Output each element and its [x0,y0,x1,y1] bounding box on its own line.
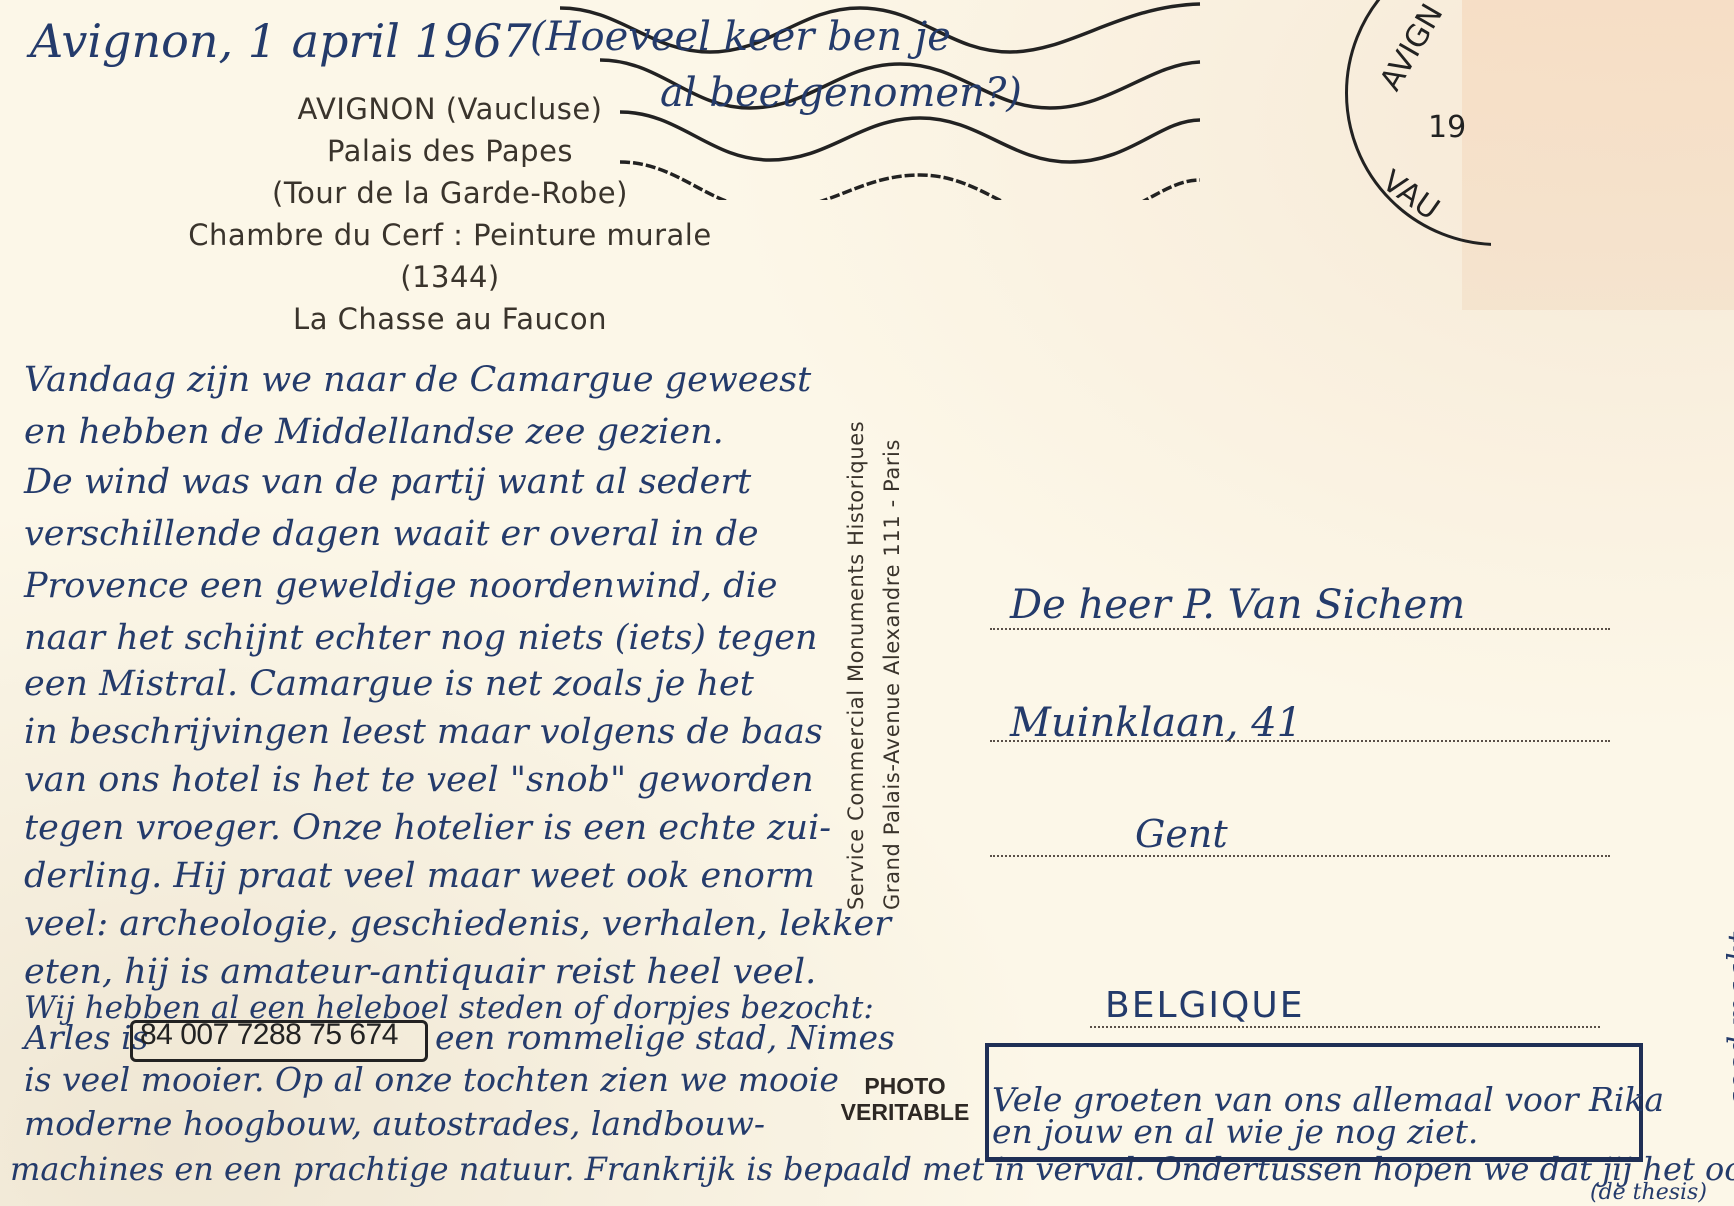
caption-line: (1344) [120,256,780,298]
caption-line: AVIGNON (Vaucluse) [120,88,780,130]
handwritten-aside-1: (Hoeveel keer ben je [530,14,951,60]
caption-line: La Chasse au Faucon [120,298,780,340]
address-country: BELGIQUE [1105,985,1304,1026]
address-name: De heer P. Van Sichem [1010,582,1465,628]
publisher-line-2: Grand Palais-Avenue Alexandre 111 - Pari… [874,421,910,910]
message-line: Vandaag zijn we naar de Camargue geweest [24,360,811,400]
message-line: De wind was van de partij want al sedert [24,462,751,502]
postcard-caption: AVIGNON (Vaucluse) Palais des Papes (Tou… [120,88,780,340]
address-line [990,628,1610,630]
bottom-note: (de thesis) [1590,1180,1707,1205]
caption-line: (Tour de la Garde-Robe) [120,172,780,214]
margin-note: goed maakt. [1722,922,1734,1110]
stamp-area [1462,0,1734,310]
address-line [1090,1026,1600,1028]
message-line: derling. Hij praat veel maar weet ook en… [24,856,815,896]
message-line: van ons hotel is het te veel "snob" gewo… [24,760,814,800]
message-line: is veel mooier. Op al onze tochten zien … [24,1060,839,1099]
photo-mark-line-1: PHOTO [830,1073,980,1099]
postmark-date: 19 [1428,110,1466,145]
message-line: verschillende dagen waait er overal in d… [24,514,759,554]
publisher-line-1: Service Commercial Monuments Historiques [838,421,874,910]
handwritten-date: Avignon, 1 april 1967 [30,14,532,68]
message-line: tegen vroeger. Onze hotelier is een echt… [24,808,831,848]
message-line: naar het schijnt echter nog niets (iets)… [24,618,818,658]
caption-line: Chambre du Cerf : Peinture murale [120,214,780,256]
photo-veritable-mark: PHOTO VERITABLE [830,1073,980,1125]
message-line: moderne hoogbouw, autostrades, landbouw- [24,1104,765,1143]
photo-mark-line-2: VERITABLE [830,1099,980,1125]
message-line: in beschrijvingen leest maar volgens de … [24,712,823,752]
address-line [990,855,1610,857]
message-line: een Mistral. Camargue is net zoals je he… [24,664,754,704]
address-line [990,740,1610,742]
message-line: Provence een geweldige noordenwind, die [24,566,777,606]
publisher-imprint: Service Commercial Monuments Historiques… [838,421,910,910]
message-line: eten, hij is amateur-antiquair reist hee… [24,952,816,992]
message-line: een rommelige stad, Nimes [435,1018,895,1057]
message-line: veel: archeologie, geschiedenis, verhale… [24,904,891,944]
serial-number: 84 007 7288 75 674 [140,1018,398,1052]
address-city: Gent [1135,812,1228,856]
postcard-back: AVIGN 19 VAU Avignon, 1 april 1967 (Hoev… [0,0,1734,1206]
greeting-line-2: en jouw en al wie je nog ziet. [992,1112,1478,1151]
message-line: en hebben de Middellandse zee gezien. [24,412,724,452]
caption-line: Palais des Papes [120,130,780,172]
